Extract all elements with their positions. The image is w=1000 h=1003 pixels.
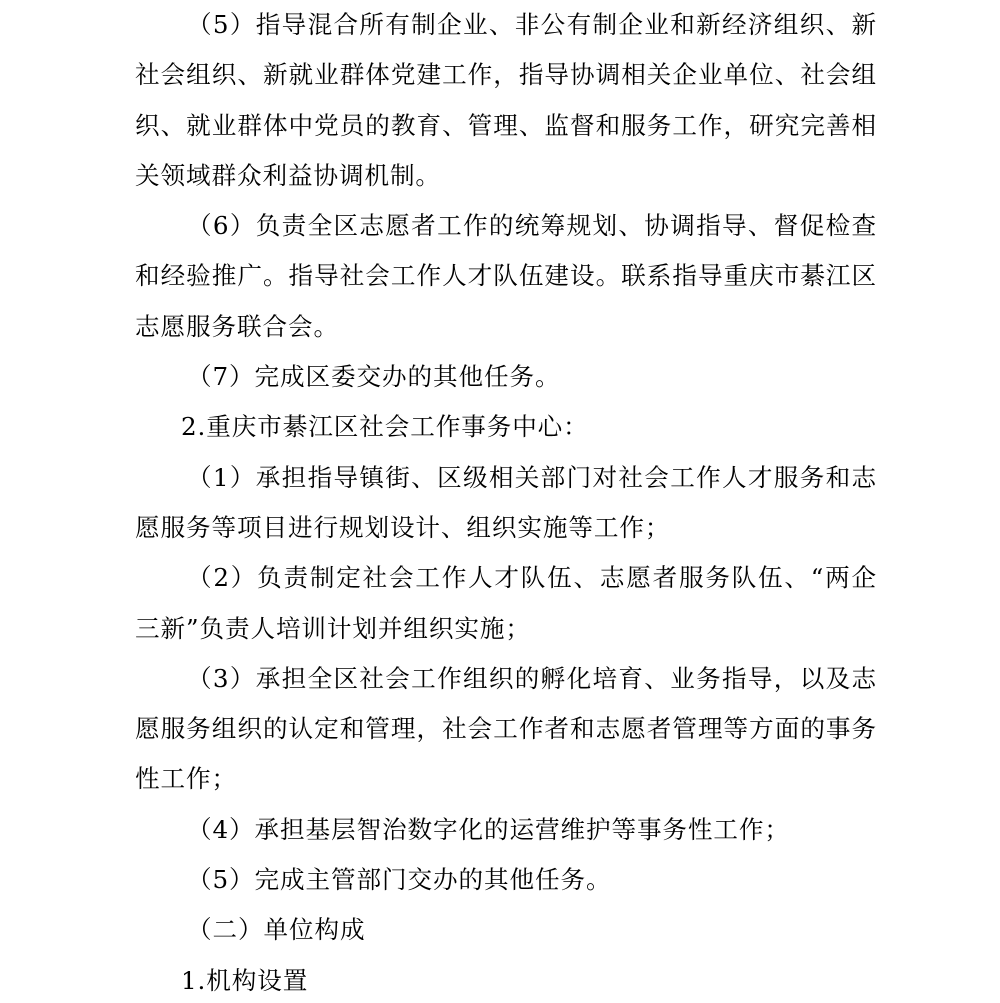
- paragraph-duty-7: （7）完成区委交办的其他任务。: [135, 352, 877, 402]
- document-page: （5）指导混合所有制企业、非公有制企业和新经济组织、新社会组织、新就业群体党建工…: [135, 0, 877, 1003]
- paragraph-center-duty-1: （1）承担指导镇街、区级相关部门对社会工作人才服务和志愿服务等项目进行规划设计、…: [135, 453, 877, 554]
- unit-heading-social-work-center: 2.重庆市綦江区社会工作事务中心：: [135, 402, 877, 452]
- paragraph-center-duty-3: （3）承担全区社会工作组织的孵化培育、业务指导，以及志愿服务组织的认定和管理，社…: [135, 654, 877, 805]
- paragraph-center-duty-5: （5）完成主管部门交办的其他任务。: [135, 855, 877, 905]
- paragraph-duty-5: （5）指导混合所有制企业、非公有制企业和新经济组织、新社会组织、新就业群体党建工…: [135, 0, 877, 201]
- paragraph-center-duty-2: （2）负责制定社会工作人才队伍、志愿者服务队伍、“两企三新”负责人培训计划并组织…: [135, 553, 877, 654]
- paragraph-center-duty-4: （4）承担基层智治数字化的运营维护等事务性工作；: [135, 805, 877, 855]
- paragraph-duty-6: （6）负责全区志愿者工作的统筹规划、协调指导、督促检查和经验推广。指导社会工作人…: [135, 201, 877, 352]
- section-heading-unit-composition: （二）单位构成: [135, 905, 877, 955]
- subsection-heading-organization-setup: 1.机构设置: [135, 956, 877, 1003]
